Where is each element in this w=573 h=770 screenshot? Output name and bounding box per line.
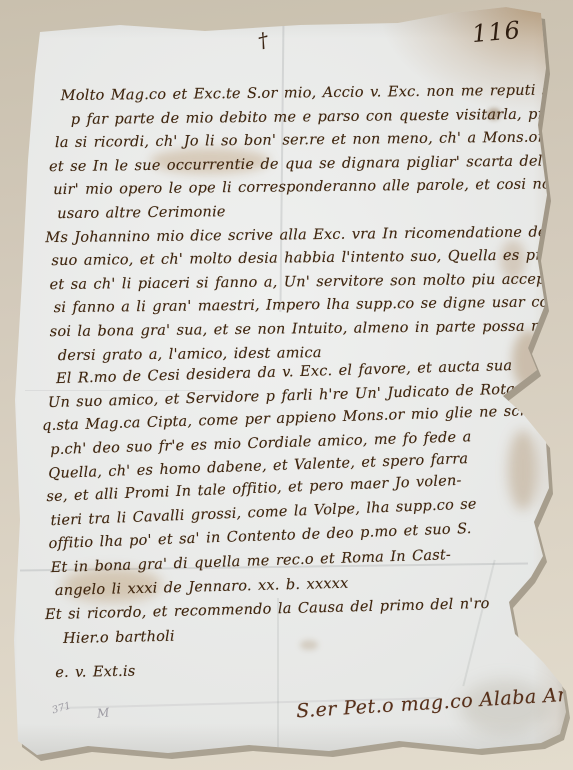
pencil-mark-number: 371 bbox=[51, 701, 72, 717]
folio-number: 116 bbox=[471, 16, 522, 48]
manuscript-paper: † 116 Molto Mag.co et Exc.te S.or mio, A… bbox=[0, 0, 573, 770]
manuscript-line: e. v. Ext.is bbox=[55, 653, 561, 686]
signature: S.er Pet.o mag.co Alaba Ar bbox=[296, 684, 572, 723]
photograph-of-letter: † 116 Molto Mag.co et Exc.te S.or mio, A… bbox=[0, 0, 573, 770]
pencil-mark-letter: M bbox=[96, 705, 110, 720]
letter-body: Molto Mag.co et Exc.te S.or mio, Accio v… bbox=[49, 83, 562, 686]
invocation-cross-mark: † bbox=[255, 27, 271, 53]
